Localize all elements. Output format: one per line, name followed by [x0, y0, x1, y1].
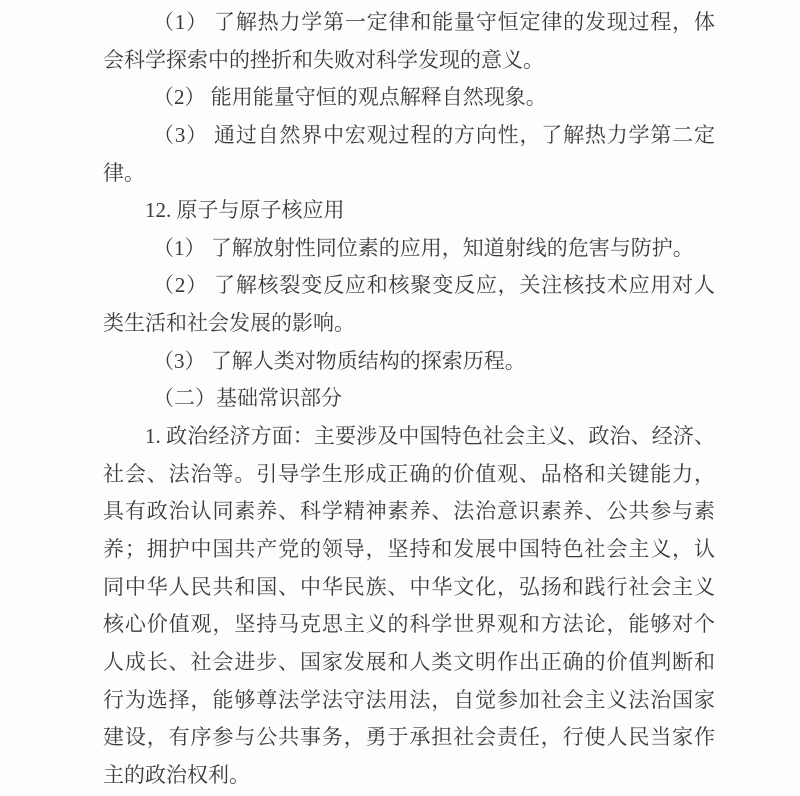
text-line: 类生活和社会发展的影响。 [103, 305, 715, 343]
text-line: （3） 通过自然界中宏观过程的方向性，了解热力学第二定 [103, 117, 715, 155]
text-line: （2） 了解核裂变反应和核聚变反应，关注核技术应用对人 [103, 267, 715, 305]
text-line: 人成长、社会进步、国家发展和人类文明作出正确的价值判断和 [103, 644, 715, 682]
text-line: （2） 能用能量守恒的观点解释自然现象。 [103, 79, 715, 117]
document-text-block: （1） 了解热力学第一定律和能量守恒定律的发现过程，体会科学探索中的挫折和失败对… [103, 4, 715, 794]
text-line: 行为选择，能够尊法学法守法用法，自觉参加社会主义法治国家 [103, 682, 715, 720]
text-line: 养；拥护中国共产党的领导，坚持和发展中国特色社会主义，认 [103, 531, 715, 569]
text-line: 1. 政治经济方面：主要涉及中国特色社会主义、政治、经济、 [103, 418, 715, 456]
text-line: 同中华人民共和国、中华民族、中华文化，弘扬和践行社会主义 [103, 569, 715, 607]
text-line: （3） 了解人类对物质结构的探索历程。 [103, 343, 715, 381]
text-line: （二）基础常识部分 [103, 380, 715, 418]
text-line: （1） 了解放射性同位素的应用，知道射线的危害与防护。 [103, 230, 715, 268]
text-line: 12. 原子与原子核应用 [103, 192, 715, 230]
text-line: 核心价值观，坚持马克思主义的科学世界观和方法论，能够对个 [103, 606, 715, 644]
text-line: 主的政治权利。 [103, 757, 715, 795]
text-line: （1） 了解热力学第一定律和能量守恒定律的发现过程，体 [103, 4, 715, 42]
text-line: 会科学探索中的挫折和失败对科学发现的意义。 [103, 42, 715, 80]
text-line: 社会、法治等。引导学生形成正确的价值观、品格和关键能力， [103, 456, 715, 494]
text-line: 律。 [103, 155, 715, 193]
text-line: 建设，有序参与公共事务，勇于承担社会责任，行使人民当家作 [103, 719, 715, 757]
document-page: （1） 了解热力学第一定律和能量守恒定律的发现过程，体会科学探索中的挫折和失败对… [0, 0, 800, 796]
text-line: 具有政治认同素养、科学精神素养、法治意识素养、公共参与素 [103, 493, 715, 531]
